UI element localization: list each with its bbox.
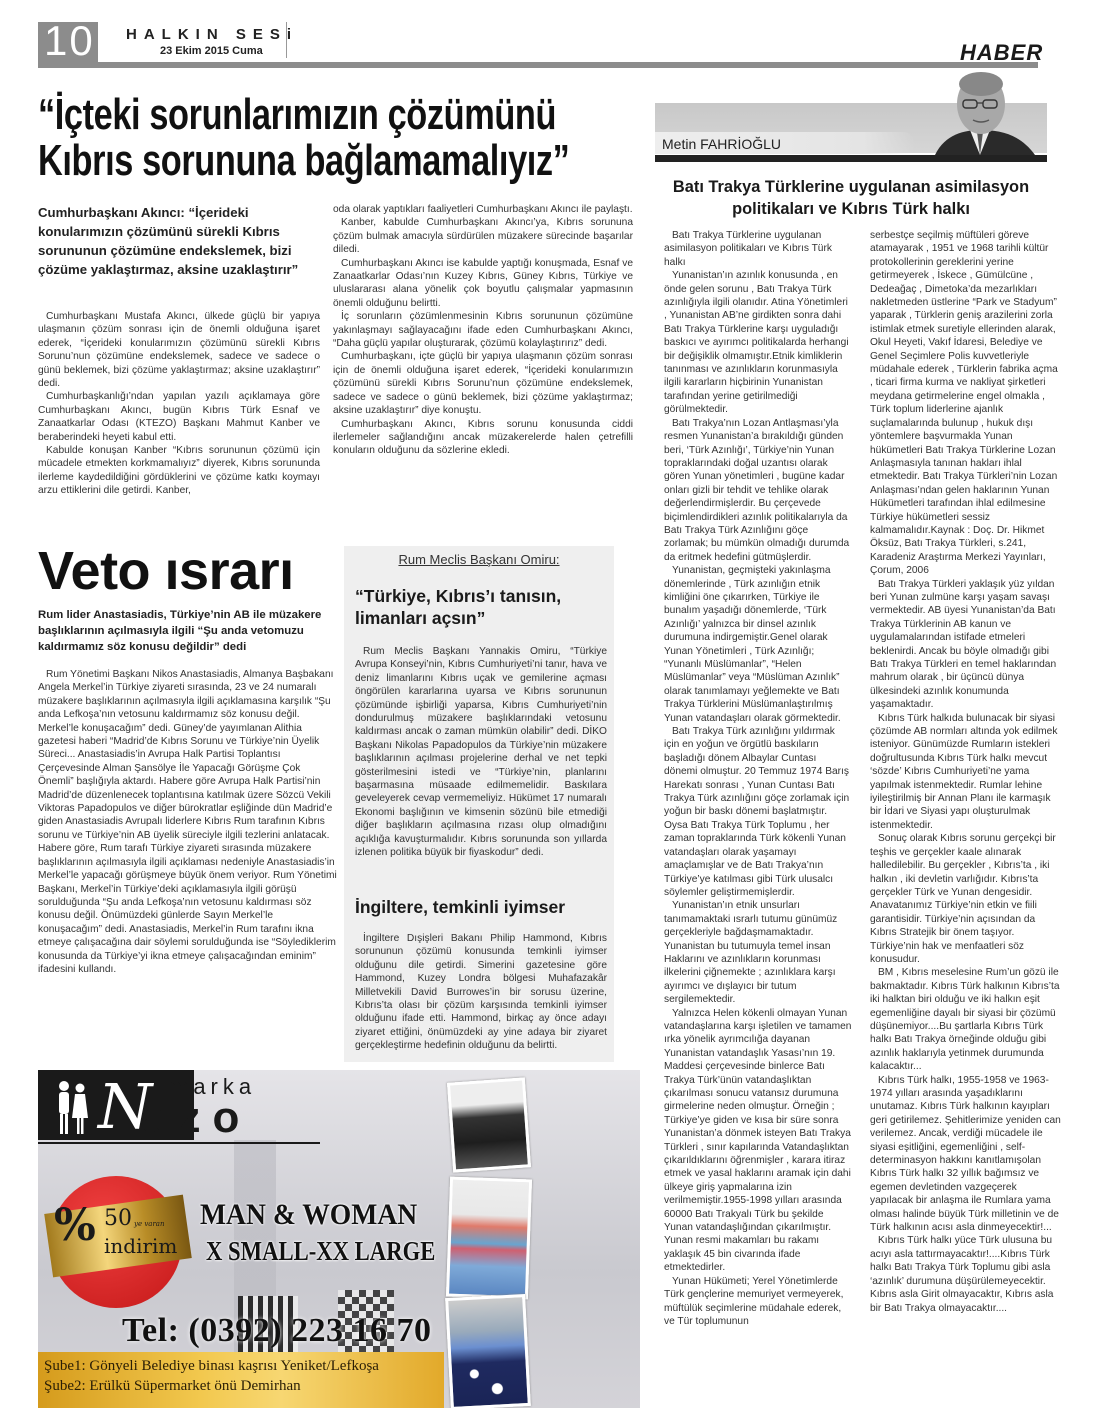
sidebar-body: Rum Meclis Başkanı Yannakis Omiru, “Türk… xyxy=(355,645,607,860)
ad-tagline-1: MAN & WOMAN xyxy=(200,1198,417,1232)
paragraph: Yunanistan’ın azınlık konusunda , en önd… xyxy=(664,269,852,416)
paragraph: Yunanistan’ın etnik unsurları tanımamakt… xyxy=(664,899,852,1006)
page-number: 10 xyxy=(44,18,95,64)
header-divider xyxy=(286,22,287,58)
paragraph: Yunan Hükümeti; Yerel Yönetimlerde Türk … xyxy=(664,1275,852,1329)
paragraph: Yalnızca Helen kökenli olmayan Yunan vat… xyxy=(664,1007,852,1275)
newspaper-name: HALKIN SESi xyxy=(126,26,298,43)
sidebar-title: “Türkiye, Kıbrıs’ı tanısın, limanları aç… xyxy=(355,585,610,629)
paragraph: oda olarak yaptıkları faaliyetleri Cumhu… xyxy=(333,203,633,216)
paragraph: BM , Kıbrıs meselesine Rum’un gözü ile b… xyxy=(870,966,1062,1073)
ad-discount-word: indirim xyxy=(104,1234,177,1258)
ad-product-photo-plaid-shirt xyxy=(446,1177,532,1300)
ad-branch-1: Şube1: Gönyeli Belediye binası kaşrısı Y… xyxy=(44,1358,379,1375)
paragraph: Kanber, kabulde Cumhurbaşkanı Akıncı’ya,… xyxy=(333,216,633,256)
main-article-column-1: Cumhurbaşkanı Mustafa Akıncı, ülkede güç… xyxy=(38,310,320,498)
paragraph: Kıbrıs Türk halkı, 1955-1958 ve 1963-197… xyxy=(870,1074,1062,1235)
column-body-1: Batı Trakya Türklerine uygulanan asimila… xyxy=(664,229,852,1328)
ad-brand-main: azo xyxy=(142,1096,251,1140)
author-photo xyxy=(915,72,1045,155)
ad-branch-2: Şube2: Erülkü Süpermarket önü Demirhan xyxy=(44,1378,301,1395)
author-name: Metin FAHRİOĞLU xyxy=(662,136,781,152)
ad-product-photo-lace-top xyxy=(447,1077,531,1172)
paragraph: Batı Trakya’nın Lozan Antlaşması’yla res… xyxy=(664,417,852,564)
veto-article-body: Rum Yönetimi Başkanı Nikos Anastasiadis,… xyxy=(38,668,338,976)
column-body-2: serbestçe seçilmiş müftüleri göreve atam… xyxy=(870,229,1062,1315)
paragraph: Yunanistan, geçmişteki yakınlaşma döneml… xyxy=(664,564,852,725)
main-headline-line1: “İçteki sorunlarımızın çözümünü xyxy=(38,92,506,138)
paragraph: Kıbrıs Türk halkı yüce Türk ulusuna bu a… xyxy=(870,1234,1062,1314)
author-portrait-icon xyxy=(915,72,1045,155)
sidebar-body-2: İngiltere Dışişleri Bakanı Philip Hammon… xyxy=(355,932,607,1053)
paragraph: İngiltere Dışişleri Bakanı Philip Hammon… xyxy=(355,932,607,1053)
paragraph: Cumhurbaşkanı Mustafa Akıncı, ülkede güç… xyxy=(38,310,320,390)
author-rule xyxy=(655,155,1047,162)
main-headline: “İçteki sorunlarımızın çözümünü Kıbrıs s… xyxy=(38,92,506,184)
paragraph: Kıbrıs Türk halkıda bulunacak bir siyasi… xyxy=(870,712,1062,833)
paragraph: Kabulde konuşan Kanber “Kıbrıs sorununun… xyxy=(38,444,320,498)
issue-date: 23 Ekim 2015 Cuma xyxy=(160,45,263,57)
ad-discount-value: 50 xyxy=(104,1206,132,1231)
paragraph: Rum Meclis Başkanı Yannakis Omiru, “Türk… xyxy=(355,645,607,860)
paragraph: Cumhurbaşkanlığı’ndan yapılan yazılı açı… xyxy=(38,390,320,444)
ad-percent-symbol: % xyxy=(54,1202,96,1250)
paragraph: Batı Trakya Türkleri yaklaşık yüz yıldan… xyxy=(870,578,1062,712)
ad-product-photo-polka-dress xyxy=(445,1294,531,1408)
main-subheadline: Cumhurbaşkanı Akıncı: “İçerideki konular… xyxy=(38,203,320,279)
main-article-column-2: oda olarak yaptıkları faaliyetleri Cumhu… xyxy=(333,203,633,458)
veto-subheadline: Rum lider Anastasiadis, Türkiye’nin AB i… xyxy=(38,607,338,655)
paragraph: Batı Trakya Türklerine uygulanan asimila… xyxy=(664,229,852,269)
sidebar-kicker: Rum Meclis Başkanı Omiru: xyxy=(344,552,614,567)
paragraph: Batı Trakya Türk azınlığını yıldırmak iç… xyxy=(664,725,852,899)
advertisement[interactable]: N marka azo % 50 ye varan indirim MAN & … xyxy=(38,1070,640,1408)
sidebar-title-2: İngiltere, temkinli iyimser xyxy=(355,897,610,918)
veto-headline: Veto ısrarı xyxy=(38,540,294,602)
paragraph: Rum Yönetimi Başkanı Nikos Anastasiadis,… xyxy=(38,668,338,976)
column-title: Batı Trakya Türklerine uygulanan asimila… xyxy=(655,176,1047,220)
paragraph: Cumhurbaşkanı Akıncı ise kabulde yaptığı… xyxy=(333,257,633,311)
main-headline-line2: Kıbrıs sorununa bağlamamalıyız” xyxy=(38,138,506,184)
paragraph: Sonuç olarak Kıbrıs sorunu gerçekçi bir … xyxy=(870,832,1062,966)
ad-logo-underline xyxy=(38,1142,320,1144)
ad-couple-silhouette-icon xyxy=(52,1078,92,1136)
ad-discount-note: ye varan xyxy=(134,1220,164,1228)
paragraph: İç sorunların çözümlenmesinin Kıbrıs sor… xyxy=(333,310,633,350)
paragraph: Cumhurbaşkanı, içte güçlü bir yapıya ula… xyxy=(333,350,633,417)
ad-tagline-2: X SMALL-XX LARGE xyxy=(206,1236,435,1267)
paragraph: Cumhurbaşkanı Akıncı, Kıbrıs sorunu konu… xyxy=(333,418,633,458)
ad-phone: Tel: (0392) 223 16 70 xyxy=(122,1312,432,1350)
section-label: HABER xyxy=(960,40,1043,66)
paragraph: serbestçe seçilmiş müftüleri göreve atam… xyxy=(870,229,1062,578)
header-rule xyxy=(38,62,1038,68)
